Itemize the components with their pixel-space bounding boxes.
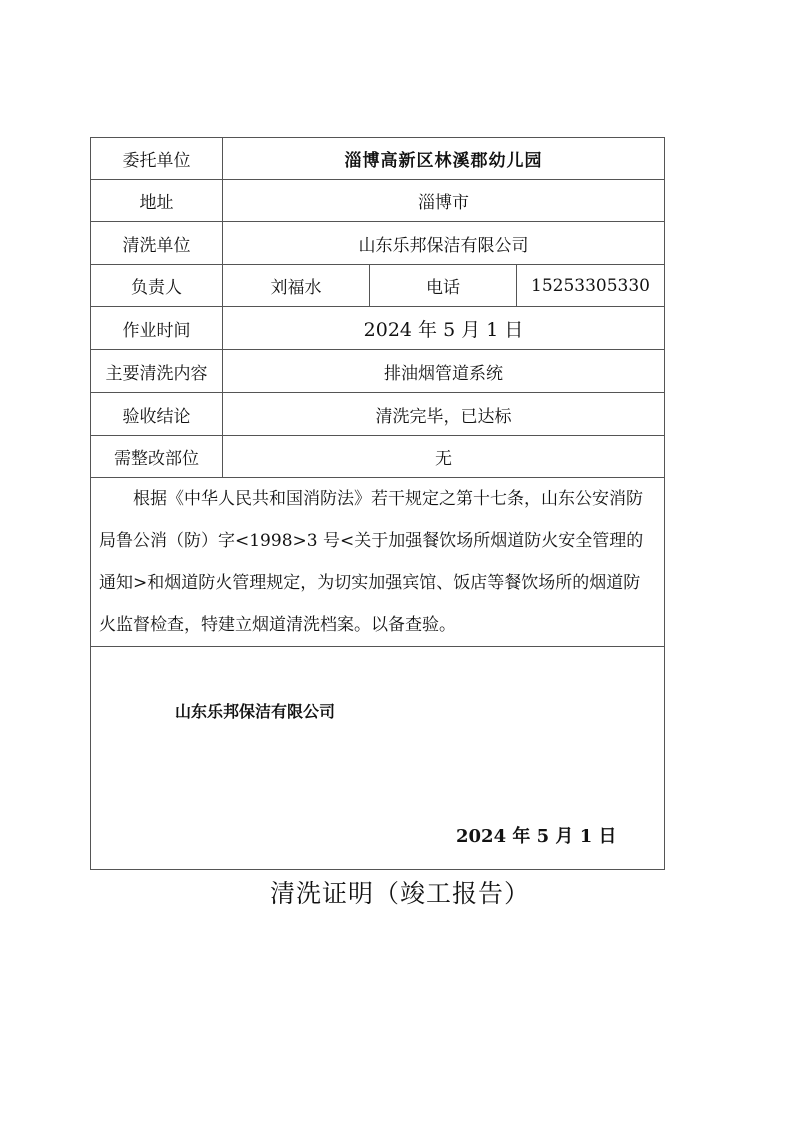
work-time-label: 作业时间 xyxy=(91,307,223,350)
signature-block: 山东乐邦保洁有限公司 2024 年 5 月 1 日 xyxy=(91,647,665,870)
cleaner-value: 山东乐邦保洁有限公司 xyxy=(223,222,665,265)
acceptance-label: 验收结论 xyxy=(91,393,223,436)
rectify-value: 无 xyxy=(223,436,665,478)
document-title: 清洗证明（竣工报告） xyxy=(0,874,800,910)
content-label: 主要清洗内容 xyxy=(91,350,223,393)
contact-label: 负责人 xyxy=(91,265,223,307)
phone-label: 电话 xyxy=(370,265,517,307)
rectify-label: 需整改部位 xyxy=(91,436,223,478)
client-label: 委托单位 xyxy=(91,138,223,180)
signature-date: 2024 年 5 月 1 日 xyxy=(456,822,616,848)
signature-company: 山东乐邦保洁有限公司 xyxy=(175,699,335,722)
phone-value: 15253305330 xyxy=(517,265,665,307)
content-value: 排油烟管道系统 xyxy=(223,350,665,393)
address-value: 淄博市 xyxy=(223,180,665,222)
acceptance-value: 清洗完毕，已达标 xyxy=(223,393,665,436)
cleaner-label: 清洗单位 xyxy=(91,222,223,265)
certificate-table: 委托单位 淄博高新区林溪郡幼儿园 地址 淄博市 清洗单位 山东乐邦保洁有限公司 … xyxy=(90,137,665,870)
address-label: 地址 xyxy=(91,180,223,222)
contact-name: 刘福水 xyxy=(223,265,370,307)
work-time-value: 2024 年 5 月 1 日 xyxy=(223,307,665,350)
regulation-paragraph: 根据《中华人民共和国消防法》若干规定之第十七条，山东公安消防局鲁公消（防）字<1… xyxy=(91,478,665,647)
client-value: 淄博高新区林溪郡幼儿园 xyxy=(223,138,665,180)
